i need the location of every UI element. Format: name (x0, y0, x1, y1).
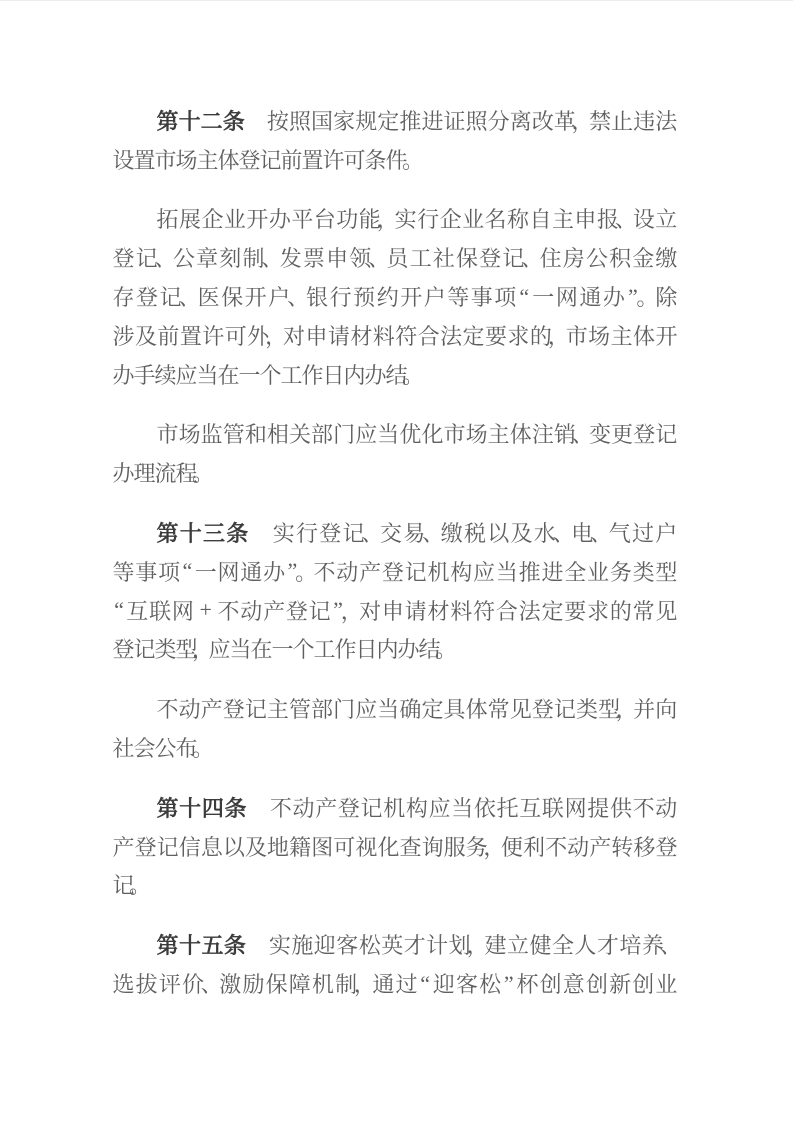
paragraph-article-7: 第十五条实施迎客松英才计划，建立健全人才培养、选拔评价、激励保障机制，通过“迎客… (113, 925, 677, 1003)
text-line: 不动产登记主管部门应当确定具体常见登记类型，并向 (113, 689, 677, 728)
text-line: 等事项“一网通办”。不动产登记机构应当推进全业务类型 (113, 552, 677, 591)
text-line: 存登记、医保开户、银行预约开户等事项“一网通办”。除 (113, 277, 677, 316)
text-line: 社会公布。 (113, 728, 677, 767)
text-line: “互联网+不动产登记”，对申请材料符合法定要求的常见 (113, 591, 677, 630)
paragraph-3: 市场监管和相关部门应当优化市场主体注销、变更登记办理流程。 (113, 415, 677, 493)
paragraph-article-6: 第十四条不动产登记机构应当依托互联网提供不动产登记信息以及地籍图可视化查询服务，… (113, 788, 677, 904)
document-page: 第十二条按照国家规定推进证照分离改革，禁止违法设置市场主体登记前置许可条件。拓展… (0, 1, 793, 1003)
text-line: 选拔评价、激励保障机制，通过“迎客松”杯创意创新创业 (113, 964, 677, 1003)
text-line: 市场监管和相关部门应当优化市场主体注销、变更登记 (113, 415, 677, 454)
text-line: 办理流程。 (113, 453, 677, 492)
text-line: 记。 (113, 866, 677, 905)
text-line: 第十五条实施迎客松英才计划，建立健全人才培养、 (113, 925, 677, 964)
paragraph-2: 拓展企业开办平台功能，实行企业名称自主申报、设立登记、公章刻制、发票申领、员工社… (113, 200, 677, 394)
text-line: 登记、公章刻制、发票申领、员工社保登记、住房公积金缴 (113, 238, 677, 277)
text-line: 登记类型，应当在一个工作日内办结。 (113, 630, 677, 669)
document-body: 第十二条按照国家规定推进证照分离改革，禁止违法设置市场主体登记前置许可条件。拓展… (113, 101, 677, 1003)
text-line: 第十三条实行登记、交易、缴税以及水、电、气过户 (113, 513, 677, 552)
text-line: 设置市场主体登记前置许可条件。 (113, 140, 677, 179)
paragraph-article-4: 第十三条实行登记、交易、缴税以及水、电、气过户等事项“一网通办”。不动产登记机构… (113, 513, 677, 668)
text-line: 拓展企业开办平台功能，实行企业名称自主申报、设立 (113, 200, 677, 239)
text-line: 第十四条不动产登记机构应当依托互联网提供不动 (113, 788, 677, 827)
text-line: 产登记信息以及地籍图可视化查询服务，便利不动产转移登 (113, 827, 677, 866)
paragraph-5: 不动产登记主管部门应当确定具体常见登记类型，并向社会公布。 (113, 689, 677, 767)
paragraph-article-1: 第十二条按照国家规定推进证照分离改革，禁止违法设置市场主体登记前置许可条件。 (113, 101, 677, 179)
text-line: 第十二条按照国家规定推进证照分离改革，禁止违法 (113, 101, 677, 140)
text-line: 办手续应当在一个工作日内办结。 (113, 355, 677, 394)
text-line: 涉及前置许可外，对申请材料符合法定要求的，市场主体开 (113, 316, 677, 355)
